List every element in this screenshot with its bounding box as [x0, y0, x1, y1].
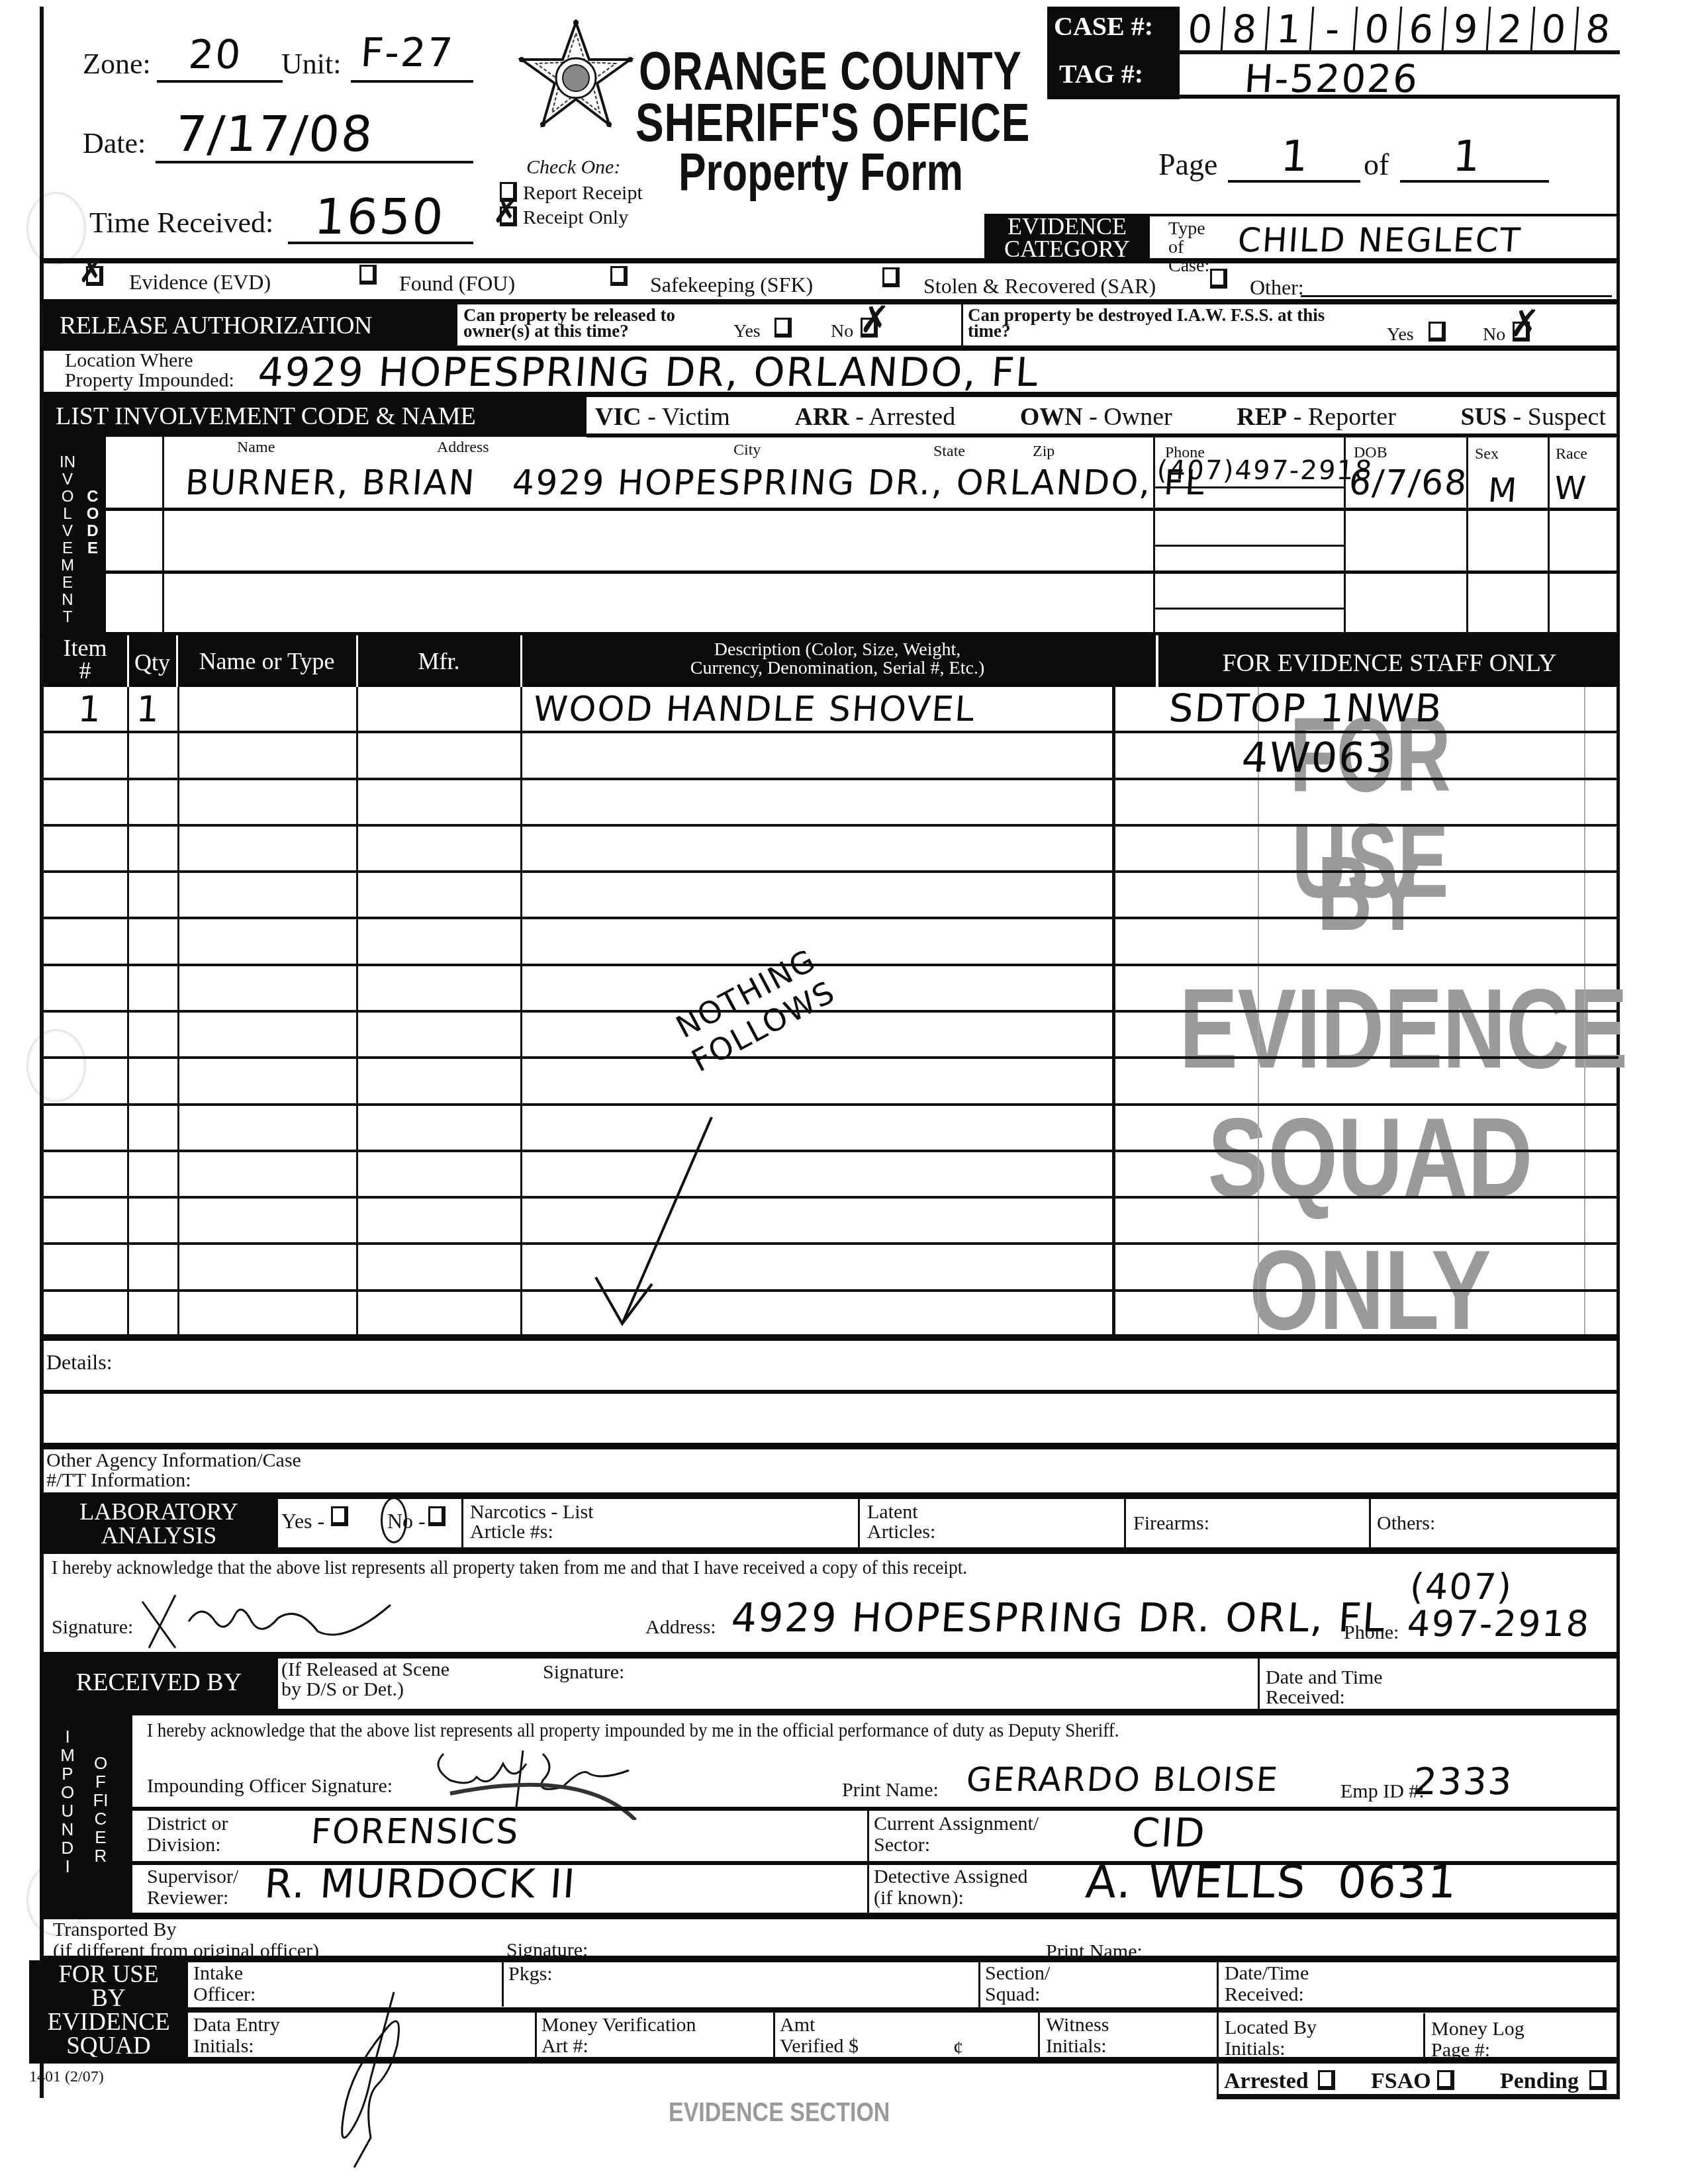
received-by-signature-label: Signature: [543, 1661, 624, 1684]
evidence-evd-label: Evidence (EVD) [129, 270, 271, 295]
punch-hole-top [26, 192, 86, 265]
case-digit: - [1311, 7, 1358, 50]
owner-signature[interactable] [136, 1582, 506, 1655]
divider [40, 1547, 1620, 1554]
release-yes-label: Yes [733, 321, 761, 342]
divider [961, 304, 963, 347]
intake-officer-label: Intake Officer: [193, 1963, 256, 2005]
involvement-row[interactable]: BURNER, BRIAN 4929 HOPESPRING DR., ORLAN… [164, 457, 1617, 510]
divider [520, 635, 522, 687]
divider [40, 1334, 1620, 1341]
release-no-checkmark-icon: ✗ [859, 304, 890, 336]
item-number: 1 [77, 688, 104, 730]
release-yes-checkbox[interactable] [774, 318, 792, 338]
col-item-number: Item # [44, 637, 126, 682]
evidence-section-stamp: EVIDENCE SECTION [669, 2098, 890, 2128]
owner-signature-label: Signature: [52, 1616, 133, 1639]
arrested-label: Arrested [1224, 2069, 1309, 2094]
money-log-page-label: Money Log Page #: [1431, 2019, 1524, 2061]
time-received-label: Time Received: [89, 208, 273, 238]
status-box: Arrested FSAO Pending [1217, 2062, 1620, 2099]
detective-label: Detective Assigned (if known): [874, 1866, 1027, 1909]
code-own: OWN - Owner [1020, 400, 1172, 433]
page-label: Page [1158, 147, 1217, 182]
transported-signature-input[interactable] [596, 1923, 1026, 1956]
divider [176, 635, 178, 687]
code-rep: REP - Reporter [1237, 400, 1396, 433]
item-row[interactable] [44, 1245, 1618, 1291]
other-agency-input[interactable] [298, 1449, 1615, 1489]
evidence-category-label: EVIDENCE CATEGORY [984, 214, 1150, 261]
type-of-case-label: Type of Case: [1168, 220, 1215, 275]
col-mfr: Mfr. [359, 647, 519, 675]
col-description: Description (Color, Size, Weight, Curren… [523, 641, 1152, 678]
district-label: District or Division: [147, 1813, 228, 1856]
of-value[interactable]: 1 [1451, 132, 1483, 181]
impounding-officer-side-label: IMPOUNDI OFFICER [40, 1714, 132, 1916]
for-use-by-evidence-squad-heading: FOR USE BY EVIDENCE SQUAD [29, 1960, 188, 2060]
owner-address-value[interactable]: 4929 HOPESPRING DR. ORL, FL [730, 1595, 1388, 1641]
other-checkbox[interactable] [1210, 269, 1227, 289]
other-label: Other: [1250, 275, 1304, 300]
impound-acknowledgement-text: I hereby acknowledge that the above list… [147, 1719, 1119, 1742]
case-digit: 0 [1178, 7, 1225, 50]
org-title-line2: SHERIFF'S OFFICE [635, 97, 1030, 150]
divider [535, 2011, 537, 2060]
divider [132, 1807, 1620, 1811]
unit-label: Unit: [281, 50, 341, 79]
date-label: Date: [83, 129, 146, 158]
divider [356, 635, 358, 687]
divider [773, 2011, 775, 2060]
receipt-only-label: Receipt Only [523, 206, 628, 229]
lab-no-checkbox[interactable] [428, 1506, 445, 1526]
current-assignment-label: Current Assignment/ Sector: [874, 1813, 1039, 1856]
item-description: WOOD HANDLE SHOVEL [532, 690, 977, 729]
stolen-recovered-sar-checkbox[interactable] [882, 267, 900, 287]
pkgs-label: Pkgs: [508, 1963, 553, 1985]
arrested-checkbox[interactable] [1318, 2070, 1335, 2090]
print-name-value[interactable]: GERARDO BLOISE [965, 1760, 1280, 1799]
destroy-yes-label: Yes [1387, 324, 1414, 345]
other-input-line[interactable] [1301, 295, 1612, 297]
date-underline [156, 161, 473, 163]
datetime-received-label: Date/Time Received: [1225, 1963, 1309, 2005]
type-of-case-value[interactable]: CHILD NEGLECT [1237, 221, 1523, 259]
form-title: Property Form [679, 147, 963, 197]
divider [127, 635, 129, 687]
fsao-label: FSAO [1371, 2069, 1431, 2094]
zone-value[interactable]: 20 [187, 32, 244, 78]
owner-phone-value[interactable]: (407) 497-2918 [1406, 1569, 1597, 1643]
involvement-row[interactable] [164, 511, 1617, 570]
found-fou-checkbox[interactable] [359, 265, 377, 285]
lab-yes-label: Yes - [281, 1509, 324, 1533]
case-digit: 8 [1222, 7, 1269, 50]
org-title-line1: ORANGE COUNTY [639, 45, 1022, 98]
divider [40, 299, 1620, 304]
lab-no-circle-icon [381, 1497, 407, 1543]
item-row[interactable] [44, 1106, 1618, 1152]
case-digit: 9 [1443, 7, 1490, 50]
impounding-officer-signature-label: Impounding Officer Signature: [147, 1775, 393, 1797]
item-row[interactable] [44, 1292, 1618, 1336]
item-row[interactable] [44, 1059, 1618, 1105]
divider [1258, 1658, 1260, 1711]
data-entry-initials-label: Data Entry Initials: [193, 2015, 280, 2057]
col-name: Name [237, 439, 275, 455]
narcotics-label: Narcotics - List Article #s: [470, 1502, 594, 1542]
lab-yes-checkbox[interactable] [331, 1506, 348, 1526]
item-row[interactable] [44, 827, 1618, 873]
involvement-dob: 6/7/68 [1348, 463, 1470, 503]
involvement-phone: (407)497-2918 [1156, 455, 1374, 486]
latent-articles-label: Latent Articles: [867, 1502, 935, 1542]
data-entry-initials-signature[interactable] [318, 1979, 450, 2171]
arrow-down-icon [583, 1112, 728, 1337]
owner-address-label: Address: [645, 1616, 716, 1639]
divider [461, 1499, 463, 1549]
involvement-codes-legend: VIC - Victim ARR - Arrested OWN - Owner … [586, 400, 1615, 433]
list-involvement-heading: LIST INVOLVEMENT CODE & NAME [44, 396, 586, 437]
supervisor-value[interactable]: R. MURDOCK II [263, 1861, 578, 1907]
destroy-question: Can property be destroyed I.A.W. F.S.S. … [968, 307, 1325, 339]
release-question: Can property be released to owner(s) at … [463, 307, 702, 339]
divider [40, 1956, 1620, 1962]
involvement-race: W [1553, 470, 1588, 507]
firearms-label: Firearms: [1133, 1512, 1209, 1535]
zone-underline [157, 80, 283, 83]
col-qty: Qty [130, 649, 175, 676]
involvement-sex: M [1487, 471, 1519, 510]
supervisor-label: Supervisor/ Reviewer: [147, 1866, 238, 1909]
safekeeping-sfk-checkbox[interactable] [610, 266, 628, 286]
case-digit: 6 [1399, 7, 1446, 50]
zone-label: Zone: [83, 50, 151, 79]
evidence-evd-checkmark-icon: ✗ [78, 255, 105, 287]
code-sus: SUS - Suspect [1460, 400, 1606, 433]
item-row[interactable] [44, 873, 1618, 919]
case-digit: 2 [1487, 7, 1534, 50]
pending-checkbox[interactable] [1589, 2070, 1607, 2090]
received-by-datetime-label: Date and Time Received: [1266, 1668, 1383, 1707]
col-city: City [733, 442, 761, 458]
page-value[interactable]: 1 [1279, 132, 1311, 181]
divider [1038, 2012, 1040, 2062]
release-authorization-heading: RELEASE AUTHORIZATION [44, 304, 457, 347]
safekeeping-sfk-label: Safekeeping (SFK) [650, 273, 813, 297]
received-by-heading: RECEIVED BY [40, 1655, 278, 1713]
owner-acknowledgement-text: I hereby acknowledge that the above list… [52, 1557, 967, 1579]
item-row[interactable] [44, 1013, 1618, 1059]
owner-phone-label: Phone: [1344, 1621, 1399, 1644]
amount-verified-label: Amt Verified $ [780, 2015, 859, 2057]
divider [1150, 214, 1620, 216]
item-row[interactable]: 1 1 WOOD HANDLE SHOVEL SDTOP 1NWB [44, 687, 1618, 733]
code-vic: VIC - Victim [595, 400, 730, 433]
divider [1156, 635, 1158, 687]
section-squad-label: Section/ Squad: [985, 1963, 1050, 2005]
case-digit: 1 [1266, 7, 1313, 50]
involvement-row[interactable] [164, 574, 1617, 633]
divider [40, 1709, 1620, 1715]
item-row[interactable] [44, 1199, 1618, 1245]
of-underline [1400, 180, 1549, 183]
case-digit: 0 [1532, 7, 1579, 50]
cents-label: ¢ [953, 2037, 963, 2060]
divider [586, 433, 1620, 437]
located-by-initials-label: Located By Initials: [1225, 2017, 1317, 2060]
tag-underline [1180, 95, 1620, 99]
unit-underline [351, 80, 473, 83]
time-underline [288, 242, 473, 244]
money-verification-label: Money Verification Art #: [541, 2015, 696, 2057]
of-label: of [1364, 147, 1389, 182]
divider [502, 1960, 504, 2007]
location-label: Location Where Property Impounded: [65, 351, 257, 390]
case-digit: 8 [1576, 7, 1621, 50]
code-side-label: CODE [85, 488, 101, 557]
item-row[interactable]: 4W063 [44, 733, 1618, 780]
transported-print-name-input[interactable] [1165, 1923, 1615, 1956]
found-fou-label: Found (FOU) [399, 271, 515, 296]
case-digit: 0 [1355, 7, 1402, 50]
destroy-no-label: No [1483, 324, 1505, 345]
emp-id-value[interactable]: 2333 [1412, 1760, 1515, 1803]
case-label: CASE #: [1054, 11, 1153, 42]
item-row[interactable] [44, 1152, 1618, 1199]
col-name-or-type: Name or Type [179, 647, 355, 675]
item-qty: 1 [135, 688, 162, 730]
current-assignment-value[interactable]: CID [1131, 1810, 1208, 1856]
divider [1155, 486, 1344, 488]
divider [978, 1960, 980, 2010]
divider [1217, 1960, 1219, 2013]
case-tag-label-block: CASE #: TAG #: [1047, 7, 1180, 99]
details-input[interactable] [44, 1341, 1618, 1447]
received-by-signature-input[interactable] [649, 1658, 1244, 1711]
date-value[interactable]: 7/17/08 [173, 106, 375, 163]
col-evidence-staff-only: FOR EVIDENCE STAFF ONLY [1161, 649, 1618, 678]
divider [1369, 1499, 1371, 1549]
involvement-name-address: BURNER, BRIAN 4929 HOPESPRING DR., ORLAN… [184, 463, 1207, 503]
pending-label: Pending [1500, 2069, 1579, 2094]
unit-value[interactable]: F-27 [359, 30, 455, 76]
release-no-label: No [831, 321, 853, 342]
col-address: Address [437, 439, 489, 455]
time-received-value[interactable]: 1650 [312, 189, 446, 246]
fsao-checkbox[interactable] [1437, 2070, 1454, 2090]
witness-initials-label: Witness Initials: [1046, 2015, 1109, 2057]
receipt-only-checkmark-icon: ✗ [492, 196, 519, 228]
divider [858, 1499, 860, 1549]
items-header: Item # Qty Name or Type Mfr. Description… [44, 635, 1618, 687]
divider [1124, 1499, 1126, 1549]
stolen-recovered-sar-label: Stolen & Recovered (SAR) [923, 274, 1156, 298]
sheriff-star-badge-icon [516, 19, 635, 131]
check-one-label: Check One: [526, 156, 620, 179]
location-value[interactable]: 4929 HOPESPRING DR, ORLANDO, FL [257, 349, 1041, 396]
staff-notes-line1: SDTOP 1NWB [1168, 686, 1444, 731]
detective-value[interactable]: A. WELLS 0631 [1084, 1856, 1460, 1909]
code-arr: ARR - Arrested [794, 400, 955, 433]
laboratory-analysis-heading: LABORATORY ANALYSIS [40, 1497, 278, 1547]
received-by-note: (If Released at Scene by D/S or Det.) [281, 1660, 449, 1700]
destroy-yes-checkbox[interactable] [1429, 322, 1446, 341]
case-number-boxes[interactable]: 0 8 1 - 0 6 9 2 0 8 [1180, 7, 1620, 54]
staff-notes-line2: 4W063 [1240, 733, 1395, 782]
other-agency-label: Other Agency Information/Case #/TT Infor… [46, 1451, 301, 1490]
others-label: Others: [1377, 1512, 1435, 1535]
divider [40, 1913, 1620, 1919]
page-underline [1228, 180, 1360, 183]
form-number: 1401 (2/07) [29, 2068, 104, 2086]
item-row[interactable] [44, 780, 1618, 827]
divider [40, 1443, 1620, 1449]
print-name-label: Print Name: [842, 1779, 939, 1801]
report-receipt-label: Report Receipt [523, 182, 643, 205]
divider [1423, 2013, 1425, 2063]
district-value[interactable]: FORENSICS [310, 1812, 521, 1852]
tag-label: TAG #: [1059, 58, 1143, 89]
destroy-no-checkmark-icon: ✗ [1509, 308, 1540, 340]
